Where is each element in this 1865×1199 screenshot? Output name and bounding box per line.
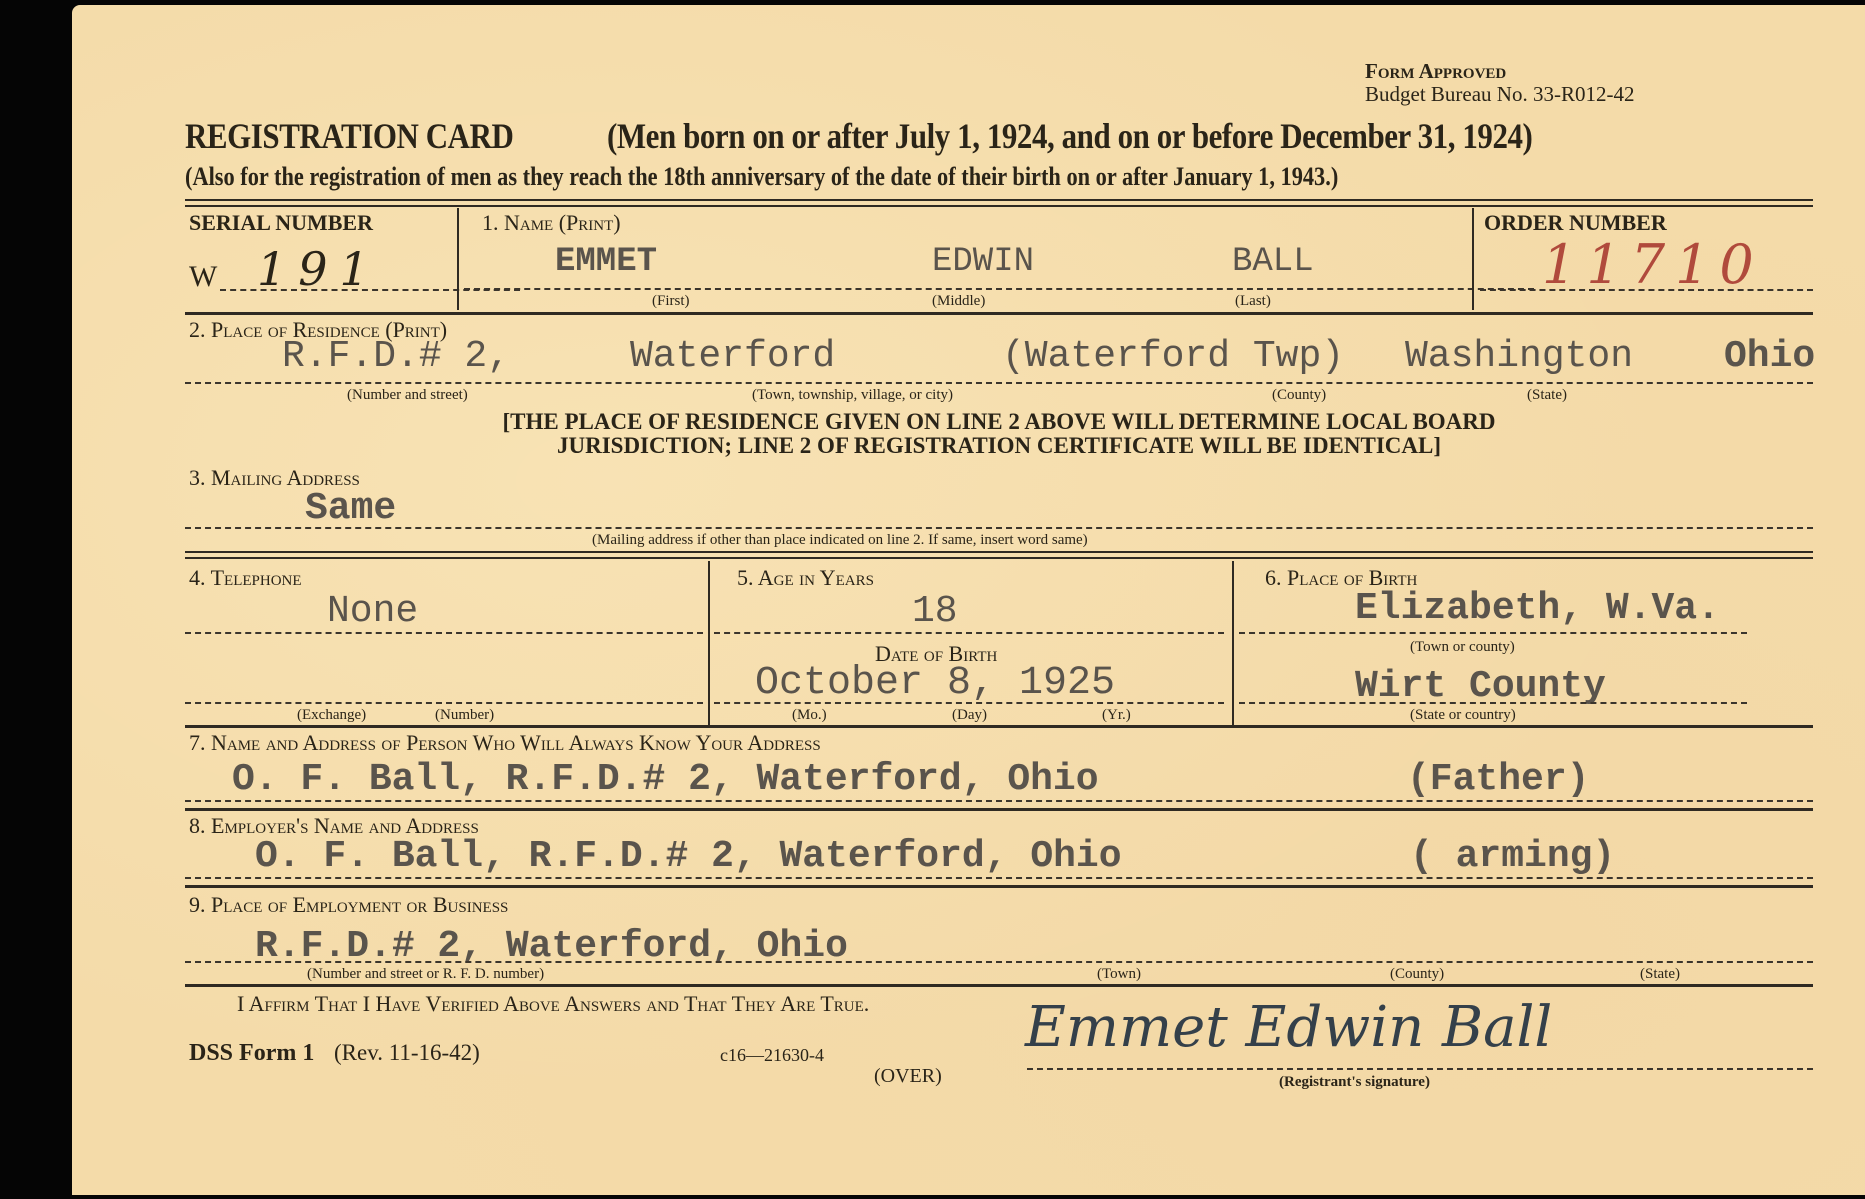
divider	[185, 984, 1813, 987]
signature-caption: (Registrant's signature)	[1279, 1074, 1430, 1091]
residence-line	[185, 382, 1813, 384]
last-caption: (Last)	[1235, 293, 1271, 310]
employer-occupation: ( arming)	[1410, 835, 1615, 878]
form-id: DSS Form 1	[189, 1040, 314, 1067]
affirmation-text: I Affirm That I Have Verified Above Answ…	[237, 991, 869, 1017]
age-line	[714, 632, 1224, 634]
contact-relation: (Father)	[1407, 758, 1589, 801]
last-name: BALL	[1232, 243, 1314, 281]
budget-bureau-number: Budget Bureau No. 33-R012-42	[1365, 83, 1634, 106]
divider	[708, 561, 710, 725]
subtitle-note: (Also for the registration of men as the…	[185, 162, 1338, 192]
divider	[457, 208, 459, 310]
contact-value: O. F. Ball, R.F.D.# 2, Waterford, Ohio	[232, 758, 1099, 801]
employment-line	[185, 961, 1813, 963]
header-divider	[185, 199, 1813, 207]
first-name: EMMET	[555, 243, 657, 281]
serial-number-value: 191	[257, 242, 381, 296]
divider	[185, 551, 1813, 559]
year-caption: (Yr.)	[1102, 707, 1131, 724]
birth-state-caption: (State or country)	[1410, 707, 1516, 724]
employment-town-caption: (Town)	[1097, 966, 1141, 983]
day-caption: (Day)	[952, 707, 987, 724]
form-approved: Form Approved	[1365, 60, 1506, 83]
birth-town-line	[1239, 632, 1747, 634]
divider	[1232, 561, 1234, 725]
mailing-address-value: Same	[305, 487, 396, 530]
jurisdiction-notice-line1: [THE PLACE OF RESIDENCE GIVEN ON LINE 2 …	[185, 410, 1813, 434]
employment-county-caption: (County)	[1390, 966, 1444, 983]
residence-street: R.F.D.# 2,	[282, 335, 510, 378]
contact-line	[185, 800, 1813, 802]
divider	[1472, 208, 1474, 310]
form-revision: (Rev. 11-16-42)	[334, 1040, 480, 1066]
date-of-birth-value: October 8, 1925	[755, 661, 1115, 706]
name-line	[464, 288, 1534, 290]
middle-name: EDWIN	[932, 243, 1034, 281]
employment-street-caption: (Number and street or R. F. D. number)	[307, 966, 544, 983]
divider	[185, 725, 1813, 728]
divider	[185, 885, 1813, 888]
employer-value: O. F. Ball, R.F.D.# 2, Waterford, Ohio	[255, 835, 1122, 878]
telephone-line-2	[185, 702, 703, 704]
state-caption: (State)	[1527, 387, 1567, 404]
serial-prefix: W	[189, 260, 217, 294]
county-caption: (County)	[1272, 387, 1326, 404]
registration-card: Form Approved Budget Bureau No. 33-R012-…	[72, 5, 1865, 1195]
number-caption: (Number)	[435, 707, 494, 724]
residence-county: Washington	[1405, 335, 1633, 378]
divider	[185, 312, 1813, 315]
print-code: c16—21630-4	[720, 1045, 824, 1066]
residence-town: Waterford	[630, 335, 835, 378]
town-caption: (Town, township, village, or city)	[752, 387, 953, 404]
card-title: REGISTRATION CARD	[185, 115, 513, 157]
middle-caption: (Middle)	[932, 293, 985, 310]
dob-line	[714, 702, 1224, 704]
residence-state: Ohio	[1724, 335, 1815, 378]
birth-town-caption: (Town or county)	[1410, 639, 1515, 656]
divider	[185, 808, 1813, 811]
employer-line	[185, 877, 1813, 879]
telephone-line	[185, 632, 703, 634]
name-label: 1. Name (Print)	[482, 210, 621, 236]
street-caption: (Number and street)	[347, 387, 468, 404]
age-label: 5. Age in Years	[737, 565, 874, 591]
signature-line	[1027, 1068, 1813, 1070]
telephone-value: None	[327, 590, 418, 633]
registrant-signature: Emmet Edwin Ball	[1025, 995, 1552, 1060]
employment-state-caption: (State)	[1640, 966, 1680, 983]
jurisdiction-notice-line2: JURISDICTION; LINE 2 OF REGISTRATION CER…	[185, 434, 1813, 458]
mailing-line	[185, 527, 1813, 529]
mailing-caption: (Mailing address if other than place ind…	[592, 532, 1088, 549]
telephone-label: 4. Telephone	[189, 565, 302, 591]
employment-label: 9. Place of Employment or Business	[189, 892, 508, 918]
exchange-caption: (Exchange)	[297, 707, 366, 724]
month-caption: (Mo.)	[792, 707, 827, 724]
age-value: 18	[912, 590, 958, 633]
order-number-value: 11710	[1542, 233, 1764, 296]
eligibility-note: (Men born on or after July 1, 1924, and …	[607, 115, 1532, 157]
serial-number-label: SERIAL NUMBER	[189, 210, 373, 236]
residence-township: (Waterford Twp)	[1002, 335, 1344, 378]
over-note: (OVER)	[874, 1065, 942, 1088]
birth-town: Elizabeth, W.Va.	[1355, 587, 1720, 630]
contact-label: 7. Name and Address of Person Who Will A…	[189, 730, 821, 756]
first-caption: (First)	[652, 293, 690, 310]
order-line	[1480, 289, 1813, 291]
birth-state-line	[1239, 702, 1747, 704]
